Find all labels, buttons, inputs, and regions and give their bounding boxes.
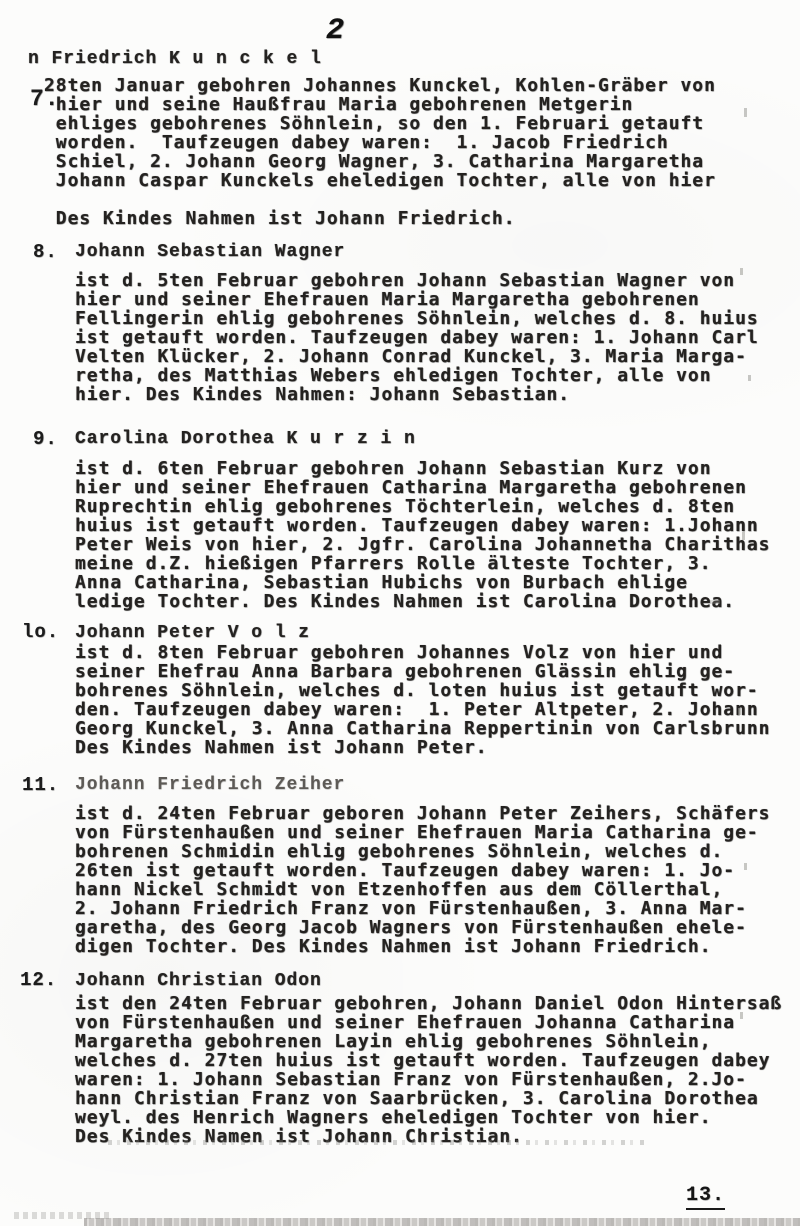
entry-title: Johann Friedrich Zeiher [75, 776, 345, 795]
entry-title: Johann Sebastian Wagner [75, 243, 345, 262]
entry-number: 12. [20, 969, 57, 991]
scan-speck [738, 708, 741, 715]
scan-speck [744, 108, 747, 117]
entry-number: lo. [22, 621, 59, 643]
entry-title: Carolina Dorothea K u r z i n [75, 430, 416, 449]
entry-title: Johann Peter V o l z [75, 624, 310, 643]
entry-body: ist d. 8ten Februar gebohren Johannes Vo… [75, 643, 770, 757]
entry-body: ist d. 6ten Februar gebohren Johann Seba… [75, 459, 770, 611]
entry-number: 8. [33, 241, 58, 263]
scan-speck [710, 600, 720, 604]
scan-speck [744, 863, 747, 870]
scan-speck [742, 532, 745, 540]
entry-title: n Friedrich K u n c k e l [28, 50, 322, 69]
entry-body: ist d. 5ten Februar gebohren Johann Seba… [75, 271, 759, 404]
entry-body: 28ten Januar gebohren Johannes Kunckel, … [44, 76, 716, 228]
scan-speck [740, 268, 743, 275]
entry-number: 9. [33, 428, 58, 450]
entry-title: Johann Christian Odon [75, 972, 322, 991]
page-number: 2 [326, 14, 344, 48]
entry-number: 11. [22, 774, 59, 796]
footer-page-ref: 13. [686, 1184, 725, 1210]
entry-body: ist den 24ten Februar gebohren, Johann D… [75, 994, 782, 1146]
scan-speck [740, 1012, 743, 1019]
scan-artifact-streak [108, 1140, 648, 1145]
entry-body: ist d. 24ten Februar geboren Johann Pete… [75, 804, 770, 956]
scan-speck [748, 375, 751, 381]
scan-artifact-band [84, 1218, 800, 1226]
scanned-register-page: 2 7. n Friedrich K u n c k e l 28ten Jan… [0, 0, 800, 1226]
scan-artifact-smudge [14, 1212, 110, 1219]
